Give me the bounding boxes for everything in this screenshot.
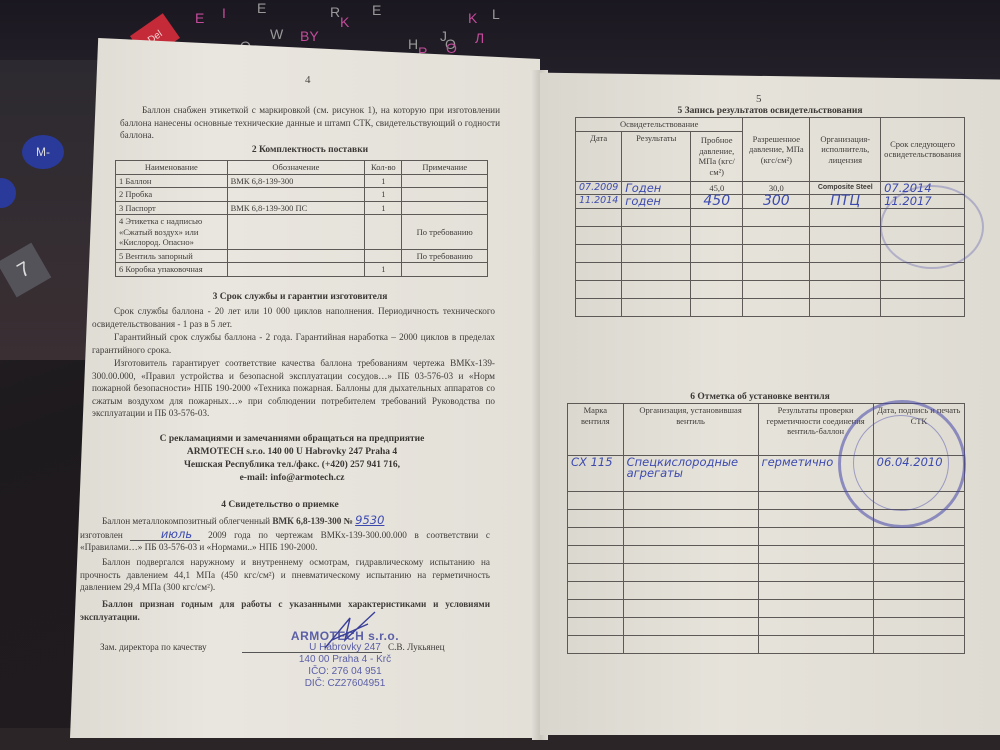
group-header: Освидетельствование: [576, 118, 743, 132]
empty-cell: [873, 528, 964, 546]
empty-cell: [568, 636, 624, 654]
item-designation: [227, 249, 365, 263]
empty-cell: [576, 280, 622, 298]
item-name: 4 Этикетка с надписью «Сжатый воздух» ил…: [116, 215, 228, 250]
empty-cell: [576, 298, 622, 316]
item-name: 5 Вентиль запорный: [116, 249, 228, 263]
calculator-button: [0, 178, 16, 208]
empty-cell: [691, 226, 743, 244]
empty-cell: [568, 600, 624, 618]
empty-cell: [810, 226, 881, 244]
empty-cell: [810, 244, 881, 262]
cylinder-model: ВМК 6,8-139-300 №: [272, 516, 352, 526]
empty-cell: [758, 582, 873, 600]
table-row: 1 Баллон ВМК 6,8-139-300 1: [116, 174, 488, 188]
keyboard-key: W: [270, 26, 283, 42]
empty-cell: [576, 244, 622, 262]
empty-table-row: [568, 546, 965, 564]
record-result: Годен: [622, 181, 691, 195]
empty-cell: [622, 280, 691, 298]
table-row: 4 Этикетка с надписью «Сжатый воздух» ил…: [116, 215, 488, 250]
contact-heading: С рекламациями и замечаниями обращаться …: [92, 434, 492, 444]
record-result: годен: [622, 195, 691, 209]
col-header-organization: Организация-исполнитель, лицензия: [810, 118, 881, 182]
item-qty: 1: [365, 263, 402, 277]
item-note: [402, 201, 488, 215]
empty-cell: [576, 226, 622, 244]
empty-cell: [623, 510, 758, 528]
company-stamp-line: DIČ: CZ27604951: [240, 678, 450, 690]
col-header-name: Наименование: [116, 161, 228, 175]
empty-cell: [623, 564, 758, 582]
keyboard-key: BY: [300, 28, 319, 44]
item-designation: [227, 263, 365, 277]
empty-table-row: [576, 262, 965, 280]
empty-cell: [873, 546, 964, 564]
empty-cell: [623, 546, 758, 564]
record-test-pressure: 450: [691, 195, 743, 209]
keyboard-key: K: [340, 14, 349, 30]
record-date: 11.2014: [576, 195, 622, 209]
page-number-right: 5: [756, 93, 762, 105]
month-handwritten: июль: [130, 528, 200, 542]
empty-cell: [743, 226, 810, 244]
col-header-qty: Кол-во: [365, 161, 402, 175]
item-note: [402, 174, 488, 188]
calculator-key-7: 7: [0, 243, 51, 298]
fitness-paragraph: Баллон признан годным для работы с указа…: [80, 598, 490, 623]
empty-cell: [623, 600, 758, 618]
table-row: 2 Пробка 1: [116, 188, 488, 202]
section-2-title: 2 Комплектность поставки: [120, 145, 500, 155]
empty-table-row: [576, 298, 965, 316]
contact-phone: Чешская Республика тел./факс. (+420) 257…: [92, 460, 492, 470]
empty-cell: [568, 510, 624, 528]
empty-cell: [743, 280, 810, 298]
empty-cell: [758, 600, 873, 618]
signer-role: Зам. директора по качеству: [100, 641, 240, 654]
empty-cell: [568, 546, 624, 564]
col-header-designation: Обозначение: [227, 161, 365, 175]
col-header-next-date: Срок следующего освидетельствования: [881, 118, 965, 182]
serial-number-handwritten: 9530: [355, 513, 384, 527]
empty-cell: [691, 244, 743, 262]
empty-cell: [873, 564, 964, 582]
empty-cell: [576, 208, 622, 226]
keyboard-key: K: [468, 10, 477, 26]
item-note: По требованию: [402, 215, 488, 250]
inspection-stamp: [880, 185, 984, 269]
item-designation: [227, 188, 365, 202]
empty-cell: [758, 528, 873, 546]
stk-stamp-inner-ring: [853, 415, 949, 511]
empty-cell: [743, 244, 810, 262]
page-number-left: 4: [305, 74, 311, 86]
empty-cell: [622, 298, 691, 316]
record-allowed-pressure: 300: [743, 195, 810, 209]
empty-table-row: [568, 564, 965, 582]
empty-cell: [758, 618, 873, 636]
keyboard-key: E: [195, 10, 204, 26]
signature-scribble: [320, 610, 380, 650]
empty-cell: [810, 262, 881, 280]
acceptance-text: Баллон металлокомпозитный облегченный: [102, 516, 272, 526]
empty-cell: [758, 564, 873, 582]
contact-email: e-mail: info@armotech.cz: [92, 473, 492, 483]
intro-paragraph: Баллон снабжен этикеткой с маркировкой (…: [120, 104, 500, 142]
keyboard-key: Л: [475, 30, 484, 46]
item-qty: 1: [365, 174, 402, 188]
empty-cell: [873, 600, 964, 618]
item-qty: 1: [365, 201, 402, 215]
manufactured-label: изготовлен: [80, 530, 123, 540]
col-header-note: Примечание: [402, 161, 488, 175]
empty-cell: [810, 298, 881, 316]
keyboard-key: E: [372, 2, 381, 18]
col-header-allowed-pressure: Разрешенное давление, МПа (кгс/см²): [743, 118, 810, 182]
empty-table-row: [568, 528, 965, 546]
empty-cell: [691, 262, 743, 280]
company-stamp-line: 140 00 Praha 4 - Krč: [240, 654, 450, 666]
item-note: По требованию: [402, 249, 488, 263]
delivery-set-table: Наименование Обозначение Кол-во Примечан…: [115, 160, 488, 277]
empty-cell: [568, 582, 624, 600]
col-header-results: Результаты: [622, 131, 691, 181]
keyboard-key: I: [222, 5, 226, 21]
empty-cell: [568, 528, 624, 546]
empty-table-row: [576, 280, 965, 298]
empty-cell: [568, 492, 624, 510]
item-designation: ВМК 6,8-139-300: [227, 174, 365, 188]
col-header-test-pressure: Пробное давление, МПа (кгс/см²): [691, 131, 743, 181]
empty-cell: [576, 262, 622, 280]
empty-cell: [623, 582, 758, 600]
item-note: [402, 188, 488, 202]
item-name: 1 Баллон: [116, 174, 228, 188]
col-header-installer: Организация, установившая вентиль: [623, 404, 758, 456]
section-4-title: 4 Свидетельство о приемке: [80, 500, 480, 510]
keyboard-key: H: [408, 36, 418, 52]
calculator-m-minus-button: M-: [22, 135, 64, 169]
empty-cell: [810, 208, 881, 226]
company-stamp-line: IČO: 276 04 951: [240, 666, 450, 678]
item-qty: 1: [365, 188, 402, 202]
empty-cell: [743, 298, 810, 316]
empty-cell: [758, 546, 873, 564]
empty-cell: [873, 636, 964, 654]
empty-cell: [568, 564, 624, 582]
item-note: [402, 263, 488, 277]
inspection-paragraph: Баллон подвергался наружному и внутренне…: [80, 556, 490, 594]
keyboard-key: R: [330, 4, 340, 20]
empty-table-row: [568, 618, 965, 636]
empty-cell: [743, 262, 810, 280]
item-qty: [365, 249, 402, 263]
section-5-title: 5 Запись результатов освидетельствования: [620, 106, 920, 116]
section-3-title: 3 Срок службы и гарантии изготовителя: [100, 292, 500, 302]
empty-cell: [881, 280, 965, 298]
empty-cell: [568, 618, 624, 636]
item-designation: ВМК 6,8-139-300 ПС: [227, 201, 365, 215]
empty-table-row: [568, 600, 965, 618]
empty-cell: [691, 298, 743, 316]
valve-installer: Спецкислородные агрегаты: [623, 456, 758, 492]
empty-table-row: [568, 582, 965, 600]
empty-cell: [623, 492, 758, 510]
empty-cell: [622, 208, 691, 226]
keyboard-key: O: [446, 40, 457, 56]
valve-brand: СХ 115: [568, 456, 624, 492]
item-name: 2 Пробка: [116, 188, 228, 202]
empty-cell: [623, 618, 758, 636]
record-date: 07.2009: [576, 181, 622, 195]
acceptance-paragraph: Баллон металлокомпозитный облегченный ВМ…: [80, 514, 490, 554]
empty-table-row: [568, 636, 965, 654]
keyboard-key: L: [492, 6, 500, 22]
item-qty: [365, 215, 402, 250]
warranty-paragraph: Гарантийный срок службы баллона - 2 года…: [92, 331, 495, 356]
section-6-title: 6 Отметка об установке вентиля: [640, 392, 880, 402]
contact-address: ARMOTECH s.r.o. 140 00 U Habrovky 247 Pr…: [92, 447, 492, 457]
service-life-paragraph: Срок службы баллона - 20 лет или 10 000 …: [92, 305, 495, 330]
empty-cell: [758, 636, 873, 654]
table-row: 6 Коробка упаковочная 1: [116, 263, 488, 277]
stk-round-stamp: [838, 400, 966, 528]
empty-cell: [622, 262, 691, 280]
col-header-date: Дата: [576, 131, 622, 181]
empty-cell: [758, 510, 873, 528]
keyboard-key: E: [257, 0, 266, 16]
table-row: 3 Паспорт ВМК 6,8-139-300 ПС 1: [116, 201, 488, 215]
item-name: 6 Коробка упаковочная: [116, 263, 228, 277]
empty-cell: [873, 582, 964, 600]
compliance-paragraph: Изготовитель гарантирует соответствие ка…: [92, 357, 495, 420]
empty-cell: [881, 298, 965, 316]
empty-cell: [691, 208, 743, 226]
empty-cell: [623, 528, 758, 546]
item-designation: [227, 215, 365, 250]
record-organization: ПТЦ: [810, 195, 881, 209]
table-row: 5 Вентиль запорный По требованию: [116, 249, 488, 263]
empty-cell: [873, 618, 964, 636]
empty-cell: [743, 208, 810, 226]
col-header-valve-brand: Марка вентиля: [568, 404, 624, 456]
empty-cell: [623, 636, 758, 654]
empty-cell: [622, 226, 691, 244]
empty-cell: [810, 280, 881, 298]
empty-cell: [691, 280, 743, 298]
item-name: 3 Паспорт: [116, 201, 228, 215]
empty-cell: [622, 244, 691, 262]
